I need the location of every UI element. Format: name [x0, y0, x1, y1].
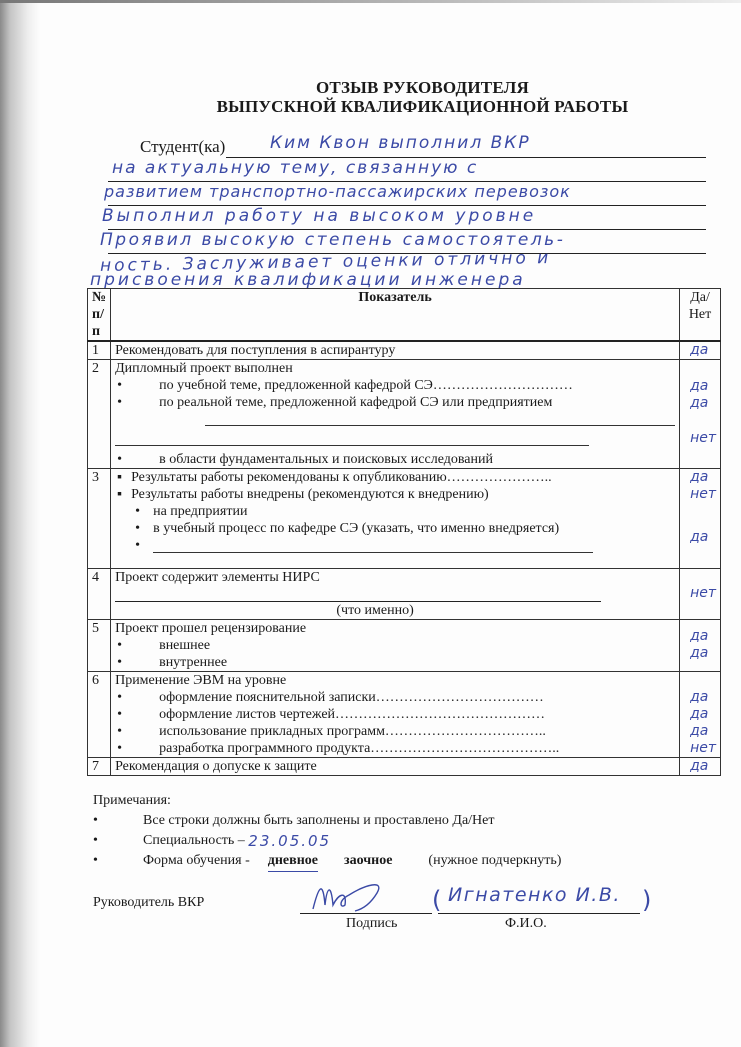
list-item: •внешнее: [115, 637, 675, 654]
list-item: •: [115, 537, 675, 554]
row-title: Проект содержит элементы НИРС: [115, 569, 675, 586]
open-paren: (: [432, 886, 441, 914]
header-num: № п/п: [88, 289, 111, 342]
row-indicator: Проект содержит элементы НИРС (что именн…: [111, 569, 680, 620]
row-indicator: ▪Результаты работы рекомендованы к опубл…: [111, 469, 680, 569]
answer-mark: да: [684, 645, 716, 662]
list-item: •на предприятии: [115, 503, 675, 520]
row-indicator: Дипломный проект выполнен •по учебной те…: [111, 360, 680, 469]
signature-caption: Подпись: [346, 916, 397, 932]
table-row: 6 Применение ЭВМ на уровне •оформление п…: [88, 672, 721, 758]
row-answer: да нет да: [680, 469, 721, 569]
table-row: 4 Проект содержит элементы НИРС (что име…: [88, 569, 721, 620]
row-indicator: Применение ЭВМ на уровне •оформление поя…: [111, 672, 680, 758]
answer-mark: да: [684, 342, 716, 359]
row-indicator: Рекомендовать для поступления в аспирант…: [111, 341, 680, 360]
answer-mark: нет: [684, 585, 716, 602]
header-indicator: Показатель: [111, 289, 680, 342]
document-title-line2: ВЫПУСКНОЙ КВАЛИФИКАЦИОННОЙ РАБОТЫ: [52, 97, 741, 117]
row-answer: да: [680, 341, 721, 360]
signature-line: [300, 913, 432, 914]
list-item: ▪Результаты работы внедрены (рекомендуют…: [115, 486, 675, 503]
table-row: 5 Проект прошел рецензирование •внешнее …: [88, 620, 721, 672]
note-item: •Специальность – 23.05.05: [93, 831, 561, 851]
answer-mark: да: [684, 395, 716, 412]
document-title-line1: ОТЗЫВ РУКОВОДИТЕЛЯ: [52, 78, 741, 98]
close-paren: ): [642, 886, 651, 914]
study-form-hint: (нужное подчеркнуть): [428, 851, 561, 872]
answer-mark: да: [684, 628, 716, 645]
list-item: •разработка программного продукта……………………: [115, 740, 675, 757]
blank-line: [153, 537, 593, 553]
header-yes-no: Да/Нет: [680, 289, 721, 342]
table-row: 2 Дипломный проект выполнен •по учебной …: [88, 360, 721, 469]
review-text-line: на актуальную тему, связанную с: [112, 158, 478, 178]
row-answer: да да: [680, 620, 721, 672]
row-number: 4: [88, 569, 111, 620]
answer-mark: да: [684, 529, 716, 546]
answer-mark: нет: [684, 430, 716, 447]
table-row: 3 ▪Результаты работы рекомендованы к опу…: [88, 469, 721, 569]
student-label: Студент(ка): [140, 137, 225, 157]
row-answer: да да нет: [680, 360, 721, 469]
list-item: •в учебный процесс по кафедре СЭ (указат…: [115, 520, 675, 537]
row-answer: да да да нет: [680, 672, 721, 758]
answer-mark: нет: [684, 740, 716, 757]
supervisor-name: Игнатенко И.В.: [448, 884, 621, 906]
list-item: •использование прикладных программ…………………: [115, 723, 675, 740]
answer-mark: да: [684, 689, 716, 706]
list-item: ▪Результаты работы рекомендованы к опубл…: [115, 469, 675, 486]
row-number: 5: [88, 620, 111, 672]
scan-shadow-top: [0, 0, 741, 3]
row-number: 7: [88, 758, 111, 776]
signature-scribble: [305, 875, 415, 915]
notes-section: Примечания: •Все строки должны быть запо…: [93, 791, 561, 872]
blank-line: [205, 411, 675, 426]
row-answer: да: [680, 758, 721, 776]
list-item: •оформление пояснительной записки……………………: [115, 689, 675, 706]
note-item: •Форма обучения - дневное заочное (нужно…: [93, 851, 561, 872]
row-indicator: Проект прошел рецензирование •внешнее •в…: [111, 620, 680, 672]
table-row: 1 Рекомендовать для поступления в аспира…: [88, 341, 721, 360]
answer-mark: да: [684, 723, 716, 740]
row-number: 6: [88, 672, 111, 758]
answer-mark: нет: [684, 486, 716, 503]
row-answer: нет: [680, 569, 721, 620]
note-item: •Все строки должны быть заполнены и прос…: [93, 811, 561, 831]
list-item: •внутреннее: [115, 654, 675, 671]
row-title: Дипломный проект выполнен: [115, 360, 675, 377]
row-indicator: Рекомендация о допуске к защите: [111, 758, 680, 776]
answer-mark: да: [684, 706, 716, 723]
review-text-line: Выполнил работу на высоком уровне: [102, 206, 536, 226]
evaluation-table: № п/п Показатель Да/Нет 1 Рекомендовать …: [87, 288, 721, 776]
name-caption: Ф.И.О.: [505, 916, 547, 932]
review-text-line: Проявил высокую степень самостоятель-: [100, 230, 565, 250]
list-item: •оформление листов чертежей……………………………………: [115, 706, 675, 723]
list-item: •по реальной теме, предложенной кафедрой…: [115, 394, 675, 411]
study-form-correspondence: заочное: [344, 851, 392, 872]
row-title: Применение ЭВМ на уровне: [115, 672, 675, 689]
row-title: Проект прошел рецензирование: [115, 620, 675, 637]
list-item: •в области фундаментальных и поисковых и…: [115, 451, 675, 468]
list-item: •по учебной теме, предложенной кафедрой …: [115, 377, 675, 394]
review-text-line: развитием транспортно-пассажирских перев…: [104, 182, 571, 201]
answer-mark: да: [684, 469, 716, 486]
table-header-row: № п/п Показатель Да/Нет: [88, 289, 721, 342]
row-number: 1: [88, 341, 111, 360]
review-text-line: Ким Квон выполнил ВКР: [270, 133, 531, 153]
notes-label: Примечания:: [93, 791, 561, 811]
blank-line: [115, 586, 601, 602]
row-number: 2: [88, 360, 111, 469]
blank-line: [115, 431, 589, 446]
row-number: 3: [88, 469, 111, 569]
name-line: [438, 913, 640, 914]
answer-mark: да: [684, 378, 716, 395]
row-caption: (что именно): [115, 602, 675, 619]
review-text-line: присвоения квалификации инженера: [90, 270, 526, 290]
study-form-daytime: дневное: [268, 851, 318, 872]
scan-shadow-edge: [0, 0, 40, 1047]
specialty-code: 23.05.05: [248, 831, 331, 851]
answer-mark: да: [684, 758, 716, 775]
table-row: 7 Рекомендация о допуске к защите да: [88, 758, 721, 776]
supervisor-label: Руководитель ВКР: [93, 895, 204, 911]
